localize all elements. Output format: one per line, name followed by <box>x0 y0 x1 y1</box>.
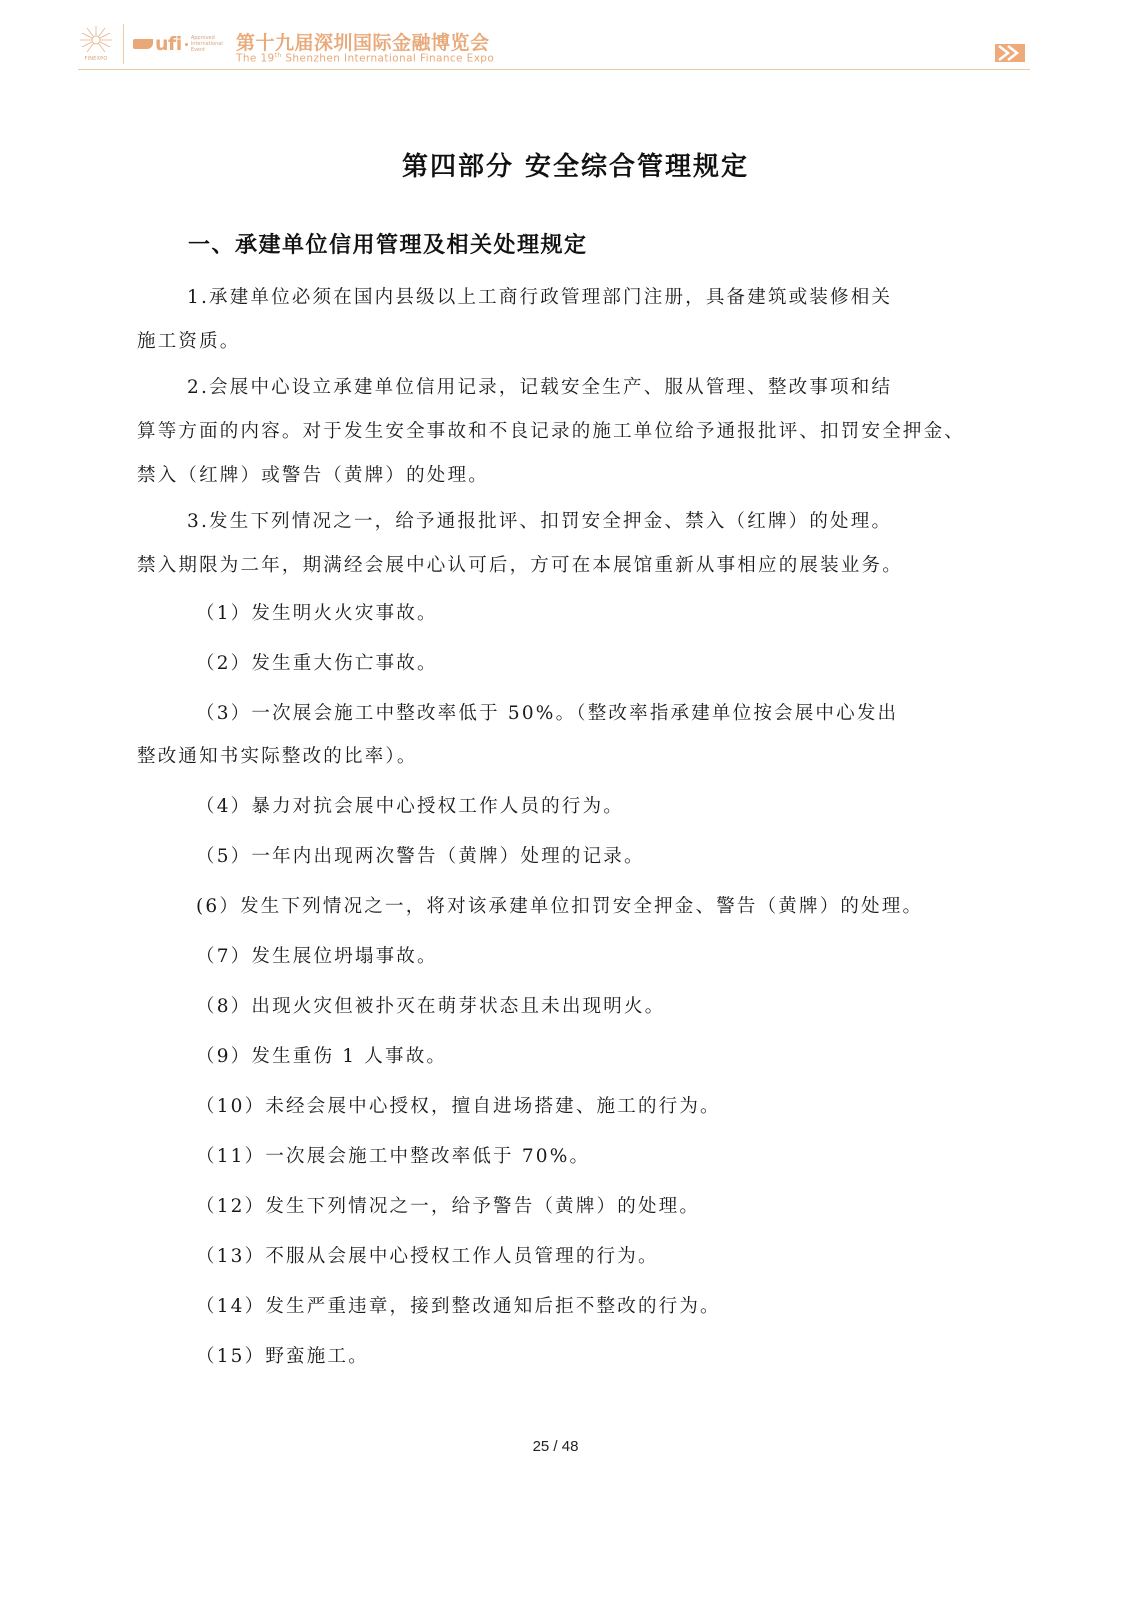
list-item: (6）发生下列情况之一，将对该承建单位扣罚安全押金、警告（黄牌）的处理。 <box>196 895 923 919</box>
list-item: （7）发生展位坍塌事故。 <box>196 945 438 969</box>
list-item-continuation: 整改通知书实际整改的比率）。 <box>137 745 418 769</box>
expo-title-en: The 19th Shenzhen International Finance … <box>236 52 494 65</box>
ufi-logo: ufi Approved International Event <box>133 32 223 56</box>
list-item: （3）一次展会施工中整改率低于 50%。（整改率指承建单位按会展中心发出 <box>196 702 898 726</box>
header-divider <box>78 69 1030 70</box>
paragraph-line: 2.会展中心设立承建单位信用记录，记载安全生产、服从管理、整改事项和结 <box>137 366 967 410</box>
expo-title-en-sup: th <box>275 52 282 59</box>
paragraph-2: 2.会展中心设立承建单位信用记录，记载安全生产、服从管理、整改事项和结 算等方面… <box>137 366 967 498</box>
paragraph-3: 3.发生下列情况之一，给予通报批评、扣罚安全押金、禁入（红牌）的处理。 禁入期限… <box>137 500 967 588</box>
section-heading: 一、承建单位信用管理及相关处理规定 <box>188 228 588 259</box>
paragraph-line: 1.承建单位必须在国内县级以上工商行政管理部门注册，具备建筑或装修相关 <box>137 276 967 320</box>
expo-title-en-suffix: Shenzhen International Finance Expo <box>282 53 495 65</box>
list-item: （4）暴力对抗会展中心授权工作人员的行为。 <box>196 795 624 819</box>
paragraph-line: 3.发生下列情况之一，给予通报批评、扣罚安全押金、禁入（红牌）的处理。 <box>137 500 967 544</box>
list-item: （2）发生重大伤亡事故。 <box>196 652 438 676</box>
paragraph-1: 1.承建单位必须在国内县级以上工商行政管理部门注册，具备建筑或装修相关 施工资质… <box>137 276 967 364</box>
paragraph-line: 施工资质。 <box>137 320 967 364</box>
ufi-mark-icon <box>133 39 153 49</box>
ufi-approved-label: Approved International Event <box>191 35 223 53</box>
list-item: （13）不服从会展中心授权工作人员管理的行为。 <box>196 1245 659 1269</box>
expo-title-cn: 第十九届深圳国际金融博览会 <box>236 28 490 55</box>
document-header: FINEXPO ufi Approved International Event… <box>78 22 1030 72</box>
list-item: （14）发生严重违章，接到整改通知后拒不整改的行为。 <box>196 1295 721 1319</box>
ufi-text: ufi <box>155 33 182 55</box>
list-item: （1）发生明火火灾事故。 <box>196 602 438 626</box>
page-number: 25 / 48 <box>0 1438 1111 1455</box>
paragraph-line: 禁入期限为二年，期满经会展中心认可后，方可在本展馆重新从事相应的展装业务。 <box>137 544 967 588</box>
expo-title-en-prefix: The 19 <box>236 53 275 65</box>
ufi-approved-line: Event <box>191 47 223 53</box>
part-title: 第四部分 安全综合管理规定 <box>0 146 1131 183</box>
finexpo-logo-text: FINEXPO <box>78 56 114 62</box>
list-item: （12）发生下列情况之一，给予警告（黄牌）的处理。 <box>196 1195 700 1219</box>
ufi-dot-icon <box>185 43 188 46</box>
logo-divider <box>123 24 124 64</box>
paragraph-line: 算等方面的内容。对于发生安全事故和不良记录的施工单位给予通报批评、扣罚安全押金、… <box>137 410 967 498</box>
double-chevron-right-icon[interactable] <box>995 44 1025 62</box>
list-item: （5）一年内出现两次警告（黄牌）处理的记录。 <box>196 845 645 869</box>
list-item: （8）出现火灾但被扑灭在萌芽状态且未出现明火。 <box>196 995 665 1019</box>
list-item: （11）一次展会施工中整改率低于 70%。 <box>196 1145 590 1169</box>
list-item: （15）野蛮施工。 <box>196 1345 369 1369</box>
list-item: （9）发生重伤 1 人事故。 <box>196 1045 447 1069</box>
list-item: （10）未经会展中心授权，擅自进场搭建、施工的行为。 <box>196 1095 721 1119</box>
